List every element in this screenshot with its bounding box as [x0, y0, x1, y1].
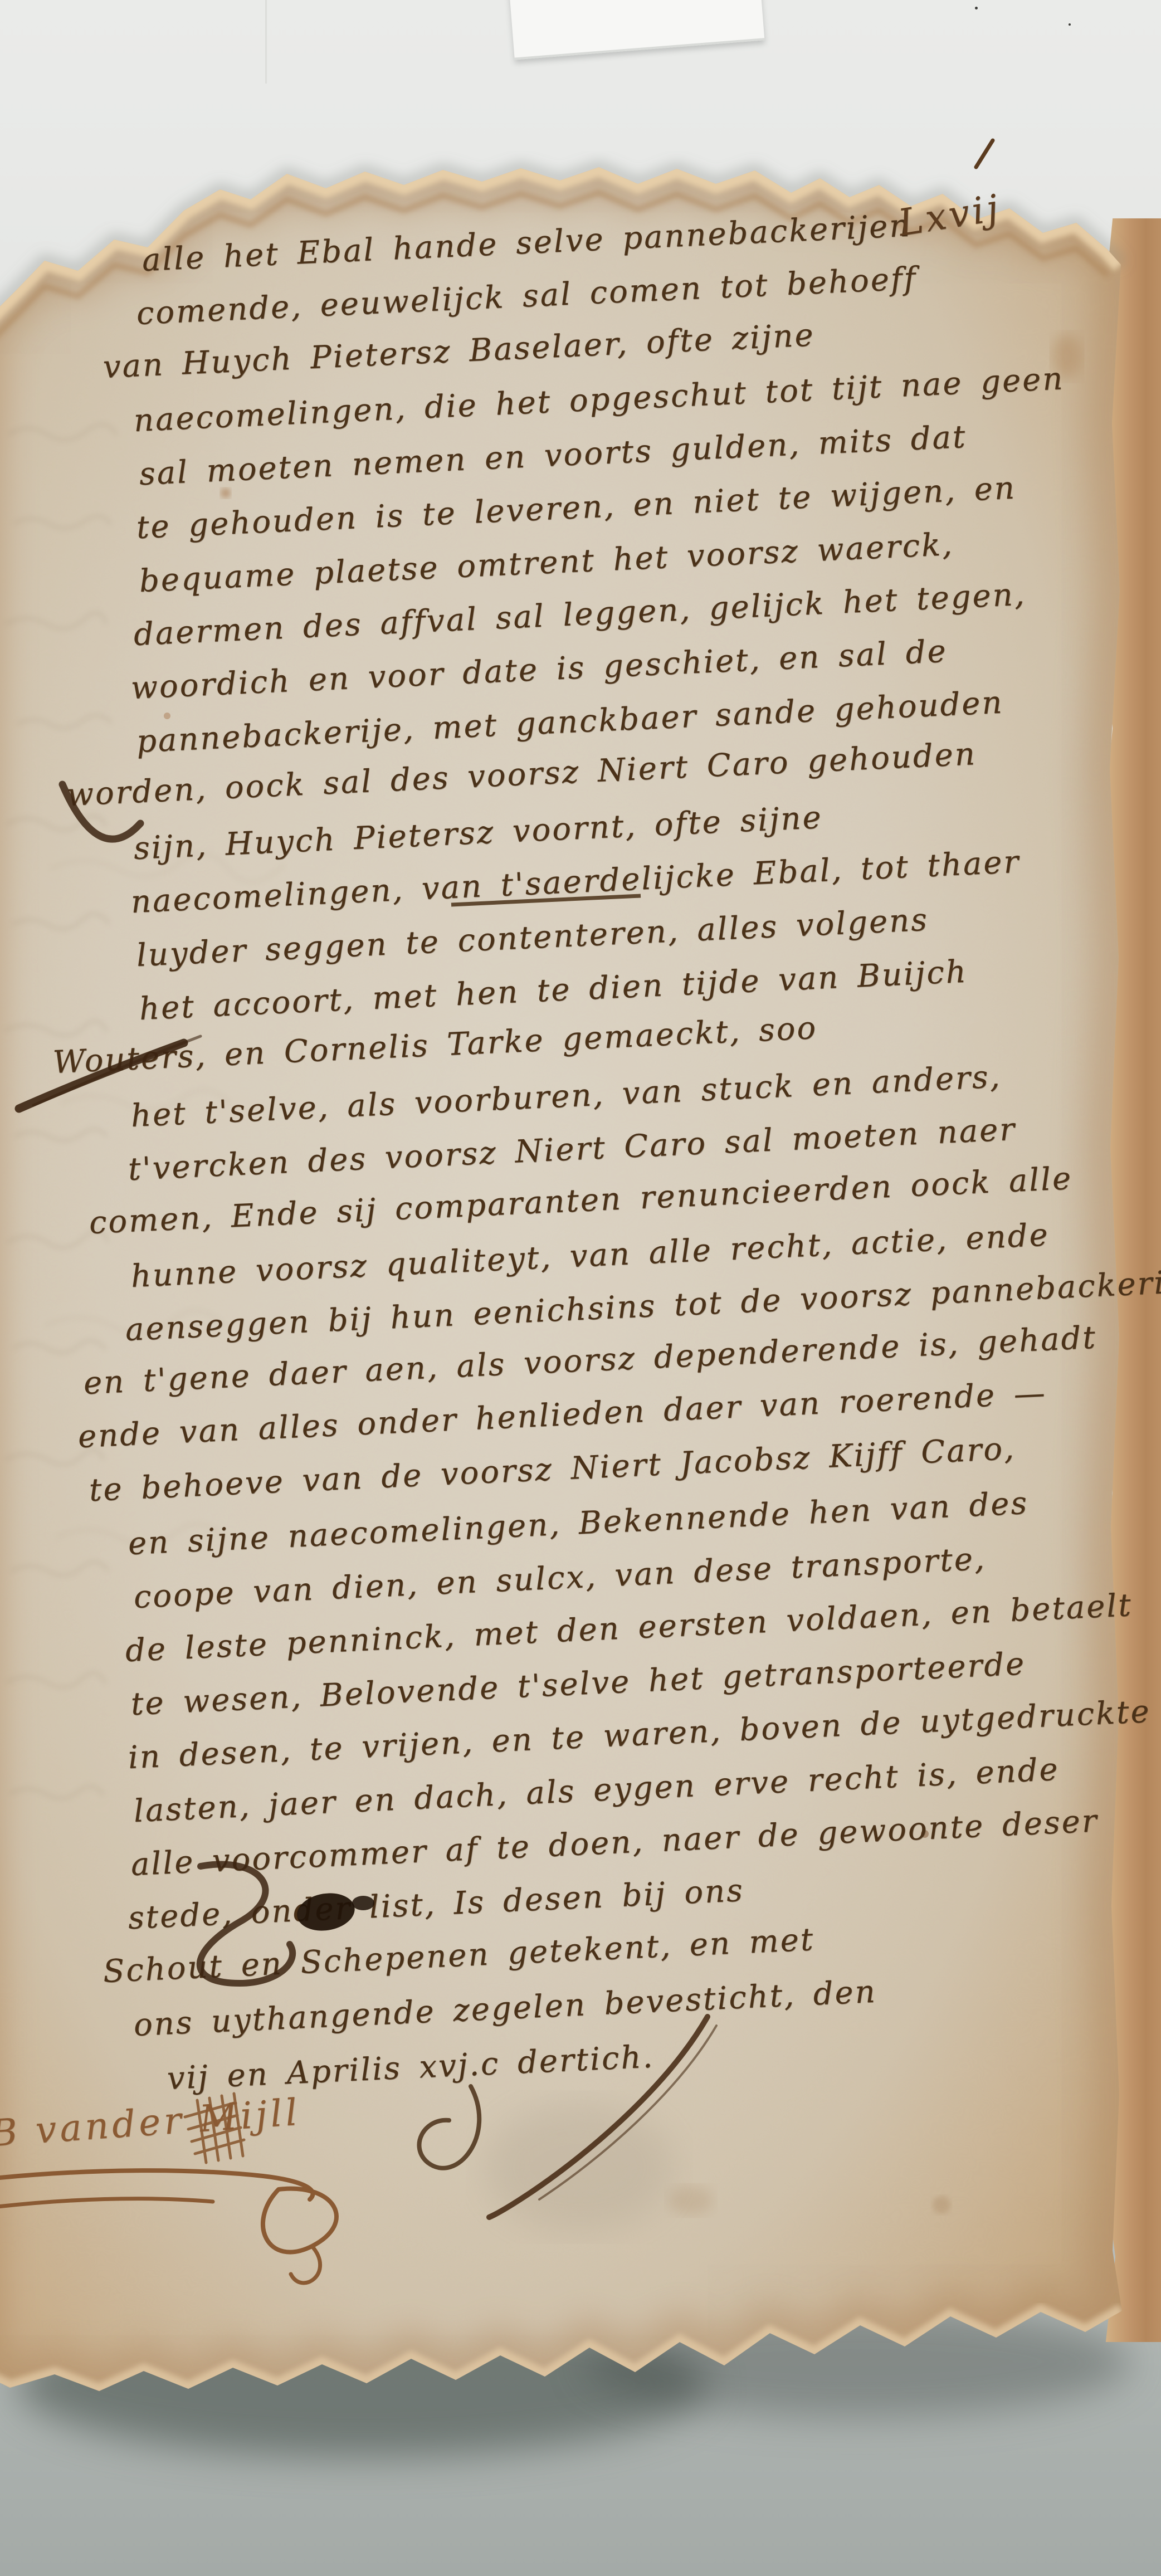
capital-flourish	[62, 784, 140, 839]
date-flourish	[419, 2086, 479, 2168]
capital-flourish	[200, 1864, 292, 1983]
strikethrough-mark	[451, 896, 641, 905]
signature-underline-flourish	[0, 2170, 336, 2283]
signature-hatch-flourish	[185, 2094, 244, 2163]
margin-flourish	[33, 1036, 201, 1105]
ink-blot	[294, 1889, 357, 1934]
ink-blot	[352, 1896, 374, 1910]
date-flourish	[489, 2017, 708, 2217]
folio-tick-stroke	[976, 140, 993, 167]
manuscript-photo: alle het Ebal hande selve pannebackerije…	[0, 0, 1161, 2576]
ink-flourishes	[0, 0, 1161, 2576]
